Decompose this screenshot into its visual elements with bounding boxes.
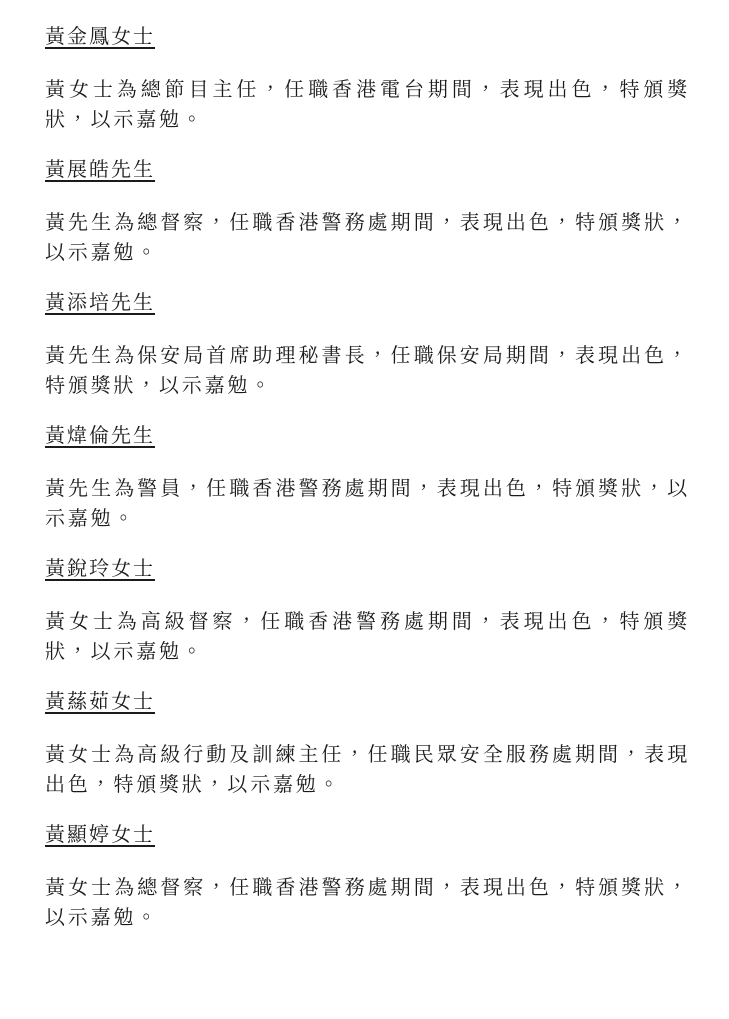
citation-paragraph: 黃女士為高級行動及訓練主任，任職民眾安全服務處期間，表現出色，特頒獎狀，以示嘉勉… xyxy=(45,740,690,800)
recipient-name-heading: 黃煒倫先生 xyxy=(45,424,690,448)
award-entry: 黃展皓先生 黃先生為總督察，任職香港警務處期間，表現出色，特頒獎狀，以示嘉勉。 xyxy=(45,158,690,268)
citation-paragraph: 黃女士為總節目主任，任職香港電台期間，表現出色，特頒獎狀，以示嘉勉。 xyxy=(45,75,690,135)
citation-paragraph: 黃女士為總督察，任職香港警務處期間，表現出色，特頒獎狀，以示嘉勉。 xyxy=(45,873,690,933)
award-entry: 黃添培先生 黃先生為保安局首席助理秘書長，任職保安局期間，表現出色，特頒獎狀，以… xyxy=(45,291,690,401)
citation-paragraph: 黃先生為總督察，任職香港警務處期間，表現出色，特頒獎狀，以示嘉勉。 xyxy=(45,208,690,268)
award-entry: 黃煒倫先生 黃先生為警員，任職香港警務處期間，表現出色，特頒獎狀，以示嘉勉。 xyxy=(45,424,690,534)
award-entry: 黃顯婷女士 黃女士為總督察，任職香港警務處期間，表現出色，特頒獎狀，以示嘉勉。 xyxy=(45,823,690,933)
award-entry: 黃蕬茹女士 黃女士為高級行動及訓練主任，任職民眾安全服務處期間，表現出色，特頒獎… xyxy=(45,690,690,800)
citations-document: 黃金鳳女士 黃女士為總節目主任，任職香港電台期間，表現出色，特頒獎狀，以示嘉勉。… xyxy=(0,0,729,1019)
citation-paragraph: 黃先生為警員，任職香港警務處期間，表現出色，特頒獎狀，以示嘉勉。 xyxy=(45,474,690,534)
award-entry: 黃金鳳女士 黃女士為總節目主任，任職香港電台期間，表現出色，特頒獎狀，以示嘉勉。 xyxy=(45,25,690,135)
citation-paragraph: 黃先生為保安局首席助理秘書長，任職保安局期間，表現出色，特頒獎狀，以示嘉勉。 xyxy=(45,341,690,401)
recipient-name-heading: 黃金鳳女士 xyxy=(45,25,690,49)
citation-paragraph: 黃女士為高級督察，任職香港警務處期間，表現出色，特頒獎狀，以示嘉勉。 xyxy=(45,607,690,667)
recipient-name-heading: 黃蕬茹女士 xyxy=(45,690,690,714)
recipient-name-heading: 黃銳玲女士 xyxy=(45,557,690,581)
recipient-name-heading: 黃顯婷女士 xyxy=(45,823,690,847)
recipient-name-heading: 黃展皓先生 xyxy=(45,158,690,182)
award-entry: 黃銳玲女士 黃女士為高級督察，任職香港警務處期間，表現出色，特頒獎狀，以示嘉勉。 xyxy=(45,557,690,667)
recipient-name-heading: 黃添培先生 xyxy=(45,291,690,315)
